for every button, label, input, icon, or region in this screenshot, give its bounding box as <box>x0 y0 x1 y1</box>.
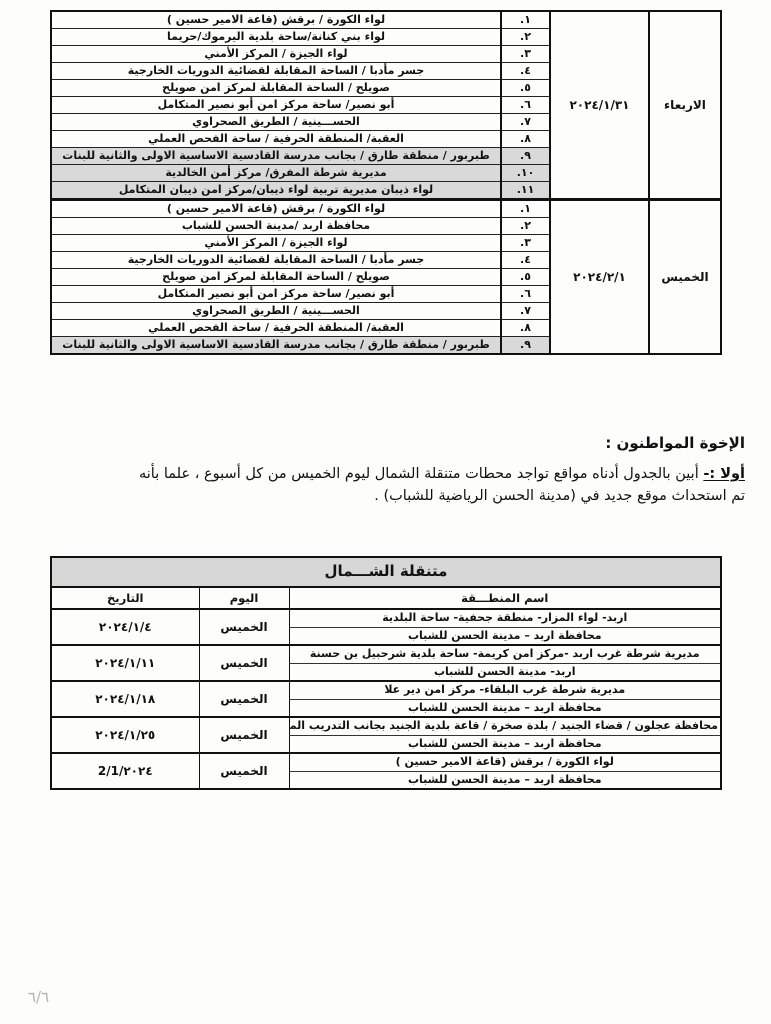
row-number-cell: ٢. <box>501 29 550 46</box>
row-number-cell: ١. <box>501 11 550 29</box>
location-cell: جسر مأدبا / الساحة المقابلة لقضائية الدو… <box>51 252 501 269</box>
mobile-row: مديرية شرطة غرب البلقاء- مركز امن دير عل… <box>51 681 721 699</box>
row-number-cell: ١. <box>501 200 550 218</box>
date-column-header: التاريخ <box>51 587 199 609</box>
mobile-header-row: اسم المنطـــقة اليوم التاريخ <box>51 587 721 609</box>
mobile-row: مديرية شرطة غرب اربد -مركز امن كريمة- سا… <box>51 645 721 663</box>
row-number-cell: ٣. <box>501 46 550 63</box>
row-number-cell: ٣. <box>501 235 550 252</box>
row-number-cell: ٤. <box>501 63 550 80</box>
location-cell: طبربور / منطقة طارق / بجانب مدرسة القادس… <box>51 337 501 355</box>
row-number-cell: ٦. <box>501 286 550 303</box>
notice-body-line2: تم استحداث موقع جديد في (مدينة الحسن الر… <box>374 488 745 504</box>
location-cell: لواء الكورة / برقش (قاعة الامير حسين ) <box>51 11 501 29</box>
location-cell: صويلح / الساحة المقابلة لمركز امن صويلح <box>51 80 501 97</box>
date-cell: ٢٠٢٤/١/٢٥ <box>51 717 199 753</box>
mobile-stations-table: متنقلة الشـــمال اسم المنطـــقة اليوم ال… <box>50 556 722 790</box>
row-number-cell: ٧. <box>501 303 550 320</box>
location-cell: أبو نصير/ ساحة مركز امن أبو نصير المتكام… <box>51 97 501 114</box>
notice-section: الإخوة المواطنون : أولا :- أبين بالجدول … <box>40 434 745 508</box>
schedule-row: الخميس٢٠٢٤/٢/١١.لواء الكورة / برقش (قاعة… <box>51 200 721 218</box>
day-cell: الخميس <box>199 609 289 645</box>
document-page: الاربعاء٢٠٢٤/١/٣١١.لواء الكورة / برقش (ق… <box>0 0 771 1024</box>
schedule-table-body: الاربعاء٢٠٢٤/١/٣١١.لواء الكورة / برقش (ق… <box>51 11 721 354</box>
day-cell: الخميس <box>199 753 289 789</box>
location-cell: لواء ذيبان مديرية تربية لواء ذيبان/مركز … <box>51 182 501 200</box>
mobile-row: اربد- لواء المزار- منطقة جحفية- ساحة الب… <box>51 609 721 627</box>
row-number-cell: ٢. <box>501 218 550 235</box>
notice-paragraph: أولا :- أبين بالجدول أدناه مواقع تواجد م… <box>40 463 745 508</box>
location-cell: لواء الجيزة / المركز الأمني <box>51 235 501 252</box>
notice-body-line1: أبين بالجدول أدناه مواقع تواجد محطات متن… <box>139 466 703 482</box>
location-cell: جسر مأدبا / الساحة المقابلة لقضائية الدو… <box>51 63 501 80</box>
row-number-cell: ٥. <box>501 80 550 97</box>
page-number: ٦/٦ <box>28 988 49 1006</box>
area-name-line2: محافظة اربد – مدينة الحسن للشباب <box>289 699 721 717</box>
mobile-row: محافظة عجلون / قضاء الجنيد / بلدة صخرة /… <box>51 717 721 735</box>
location-cell: محافظة اربد /مدينة الحسن للشباب <box>51 218 501 235</box>
row-number-cell: ١١. <box>501 182 550 200</box>
date-cell: ٢٠٢٤/٢/١ <box>550 200 649 355</box>
mobile-table-title: متنقلة الشـــمال <box>51 557 721 587</box>
location-cell: صويلح / الساحة المقابلة لمركز امن صويلح <box>51 269 501 286</box>
day-cell: الاربعاء <box>649 11 721 200</box>
date-cell: ٢٠٢٤/١/١٨ <box>51 681 199 717</box>
day-cell: الخميس <box>199 717 289 753</box>
area-name-line2: محافظة اربد – مدينة الحسن للشباب <box>289 627 721 645</box>
location-cell: لواء بني كنانة/ساحة بلدية اليرموك/حريما <box>51 29 501 46</box>
row-number-cell: ٤. <box>501 252 550 269</box>
area-name-line1: اربد- لواء المزار- منطقة جحفية- ساحة الب… <box>289 609 721 627</box>
area-name-line2: محافظة اربد – مدينة الحسن للشباب <box>289 735 721 753</box>
mobile-table-body: اربد- لواء المزار- منطقة جحفية- ساحة الب… <box>51 609 721 789</box>
row-number-cell: ٨. <box>501 320 550 337</box>
first-item-label: أولا :- <box>703 466 745 482</box>
row-number-cell: ٧. <box>501 114 550 131</box>
area-name-line1: محافظة عجلون / قضاء الجنيد / بلدة صخرة /… <box>289 717 721 735</box>
schedule-table: الاربعاء٢٠٢٤/١/٣١١.لواء الكورة / برقش (ق… <box>50 10 722 355</box>
area-name-line1: مديرية شرطة غرب اربد -مركز امن كريمة- سا… <box>289 645 721 663</box>
location-cell: لواء الكورة / برقش (قاعة الامير حسين ) <box>51 200 501 218</box>
mobile-row: لواء الكورة / برقش (قاعة الامير حسين )ال… <box>51 753 721 771</box>
location-cell: طبربور / منطقة طارق / بجانب مدرسة القادس… <box>51 148 501 165</box>
location-cell: العقبة/ المنطقة الحرفية / ساحة الفحص الع… <box>51 131 501 148</box>
row-number-cell: ٨. <box>501 131 550 148</box>
date-cell: ٢٠٢٤/2/1 <box>51 753 199 789</box>
date-cell: ٢٠٢٤/١/٣١ <box>550 11 649 200</box>
day-column-header: اليوم <box>199 587 289 609</box>
row-number-cell: ٥. <box>501 269 550 286</box>
schedule-row: الاربعاء٢٠٢٤/١/٣١١.لواء الكورة / برقش (ق… <box>51 11 721 29</box>
area-name-line2: محافظة اربد – مدينة الحسن للشباب <box>289 771 721 789</box>
area-name-line1: مديرية شرطة غرب البلقاء- مركز امن دير عل… <box>289 681 721 699</box>
area-name-line1: لواء الكورة / برقش (قاعة الامير حسين ) <box>289 753 721 771</box>
day-cell: الخميس <box>649 200 721 355</box>
row-number-cell: ١٠. <box>501 165 550 182</box>
date-cell: ٢٠٢٤/١/١١ <box>51 645 199 681</box>
location-cell: لواء الجيزة / المركز الأمني <box>51 46 501 63</box>
area-column-header: اسم المنطـــقة <box>289 587 721 609</box>
day-cell: الخميس <box>199 681 289 717</box>
location-cell: مديرية شرطة المفرق/ مركز أمن الخالدية <box>51 165 501 182</box>
area-name-line2: اربد- مدينة الحسن للشباب <box>289 663 721 681</box>
day-cell: الخميس <box>199 645 289 681</box>
row-number-cell: ٦. <box>501 97 550 114</box>
location-cell: العقبة/ المنطقة الحرفية / ساحة الفحص الع… <box>51 320 501 337</box>
location-cell: الحســـينية / الطريق الصحراوي <box>51 114 501 131</box>
row-number-cell: ٩. <box>501 148 550 165</box>
mobile-title-row: متنقلة الشـــمال <box>51 557 721 587</box>
location-cell: الحســـينية / الطريق الصحراوي <box>51 303 501 320</box>
row-number-cell: ٩. <box>501 337 550 355</box>
location-cell: أبو نصير/ ساحة مركز امن أبو نصير المتكام… <box>51 286 501 303</box>
notice-heading: الإخوة المواطنون : <box>40 434 745 452</box>
date-cell: ٢٠٢٤/١/٤ <box>51 609 199 645</box>
